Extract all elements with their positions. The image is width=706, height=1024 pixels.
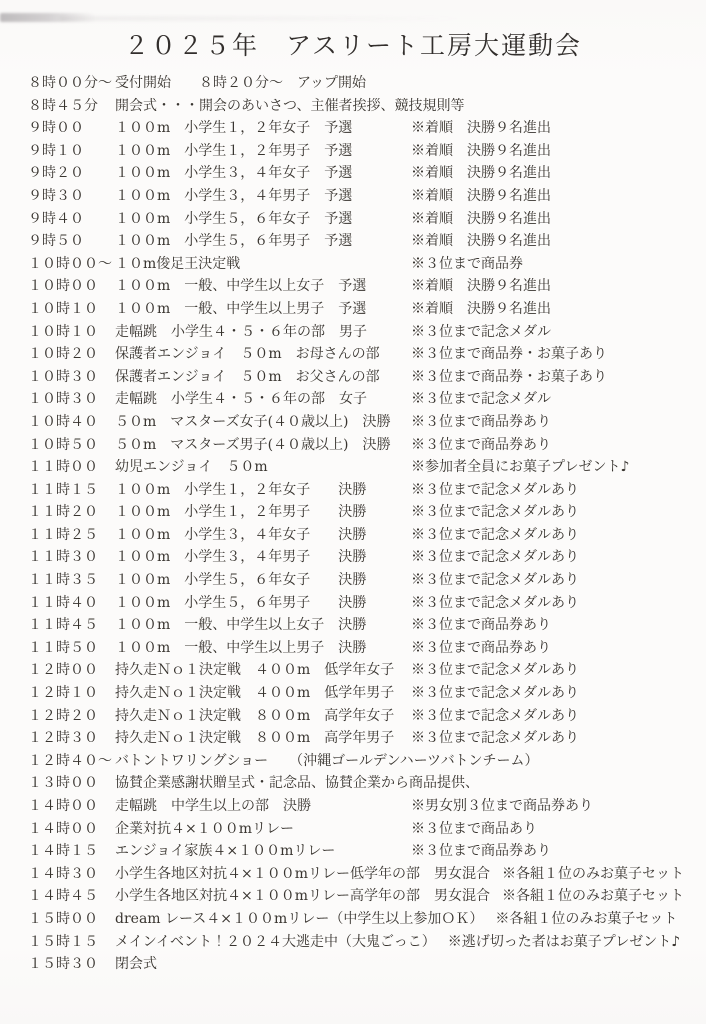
schedule-row-time: １１時３５: [28, 569, 115, 592]
schedule-row-event: 受付開始 ８時２０分～ アップ開始: [115, 72, 411, 95]
schedule-row-time: １２時１０: [28, 682, 115, 705]
schedule-row-note: ※３位まで記念メダルあり: [411, 592, 579, 615]
schedule-row-event: ５０m マスターズ男子(４０歳以上) 決勝: [115, 434, 411, 457]
schedule-row: １１時００ 幼児エンジョイ ５０m ※参加者全員にお菓子プレゼント♪: [28, 456, 700, 479]
schedule-row-time: １３時００: [28, 772, 115, 795]
schedule-row-note: ※３位まで商品あり: [411, 818, 537, 841]
schedule-row: １５時００ dream レース４×１００mリレー（中学生以上参加ＯＫ） ※各組１…: [28, 908, 700, 931]
schedule-row-event: １００m 小学生３，４年男子 予選: [115, 185, 411, 208]
schedule-row: １１時２０ １００m 小学生１，２年男子 決勝 ※３位まで記念メダルあり: [28, 501, 700, 524]
schedule-row-time: ９時１０: [28, 140, 115, 163]
schedule-row-event: 持久走Ｎｏ１決定戦 ４００m 低学年男子: [115, 682, 411, 705]
schedule-row-note: ※３位まで商品券あり: [411, 411, 551, 434]
schedule-row-note: ※３位まで記念メダルあり: [411, 569, 579, 592]
schedule-row-note: ※３位まで商品券あり: [411, 637, 551, 660]
schedule-row: ８時００分～ 受付開始 ８時２０分～ アップ開始: [28, 72, 700, 95]
schedule-row-note: ※各組１位のみお菓子セット: [495, 908, 677, 931]
schedule-row-time: １１時４５: [28, 614, 115, 637]
schedule-row-event: 開会式・・・開会のあいさつ、主催者挨拶、競技規則等: [115, 95, 476, 118]
schedule-row-event: １００m 一般、中学生以上男子 決勝: [115, 637, 411, 660]
schedule-row-time: １５時３０: [28, 953, 115, 976]
schedule-row: １４時３０ 小学生各地区対抗４×１００mリレー低学年の部 男女混合 ※各組１位の…: [28, 863, 700, 886]
photo-edge-artifact-faint: [60, 16, 490, 21]
schedule-row-time: １４時３０: [28, 863, 115, 886]
schedule-row: １５時１５ メインイベント！２０２４大逃走中（大鬼ごっこ） ※逃げ切った者はお菓…: [28, 931, 700, 954]
schedule-row-note: ※着順 決勝９名進出: [411, 298, 551, 321]
schedule-row-note: ※３位まで記念メダルあり: [411, 682, 579, 705]
schedule-row-note: ※３位まで記念メダルあり: [411, 479, 579, 502]
schedule-row-event: 持久走Ｎｏ１決定戦 ８００m 高学年女子: [115, 705, 411, 728]
schedule-row-note: ※３位まで記念メダルあり: [411, 524, 579, 547]
schedule-row: １１時４０ １００m 小学生５，６年男子 決勝 ※３位まで記念メダルあり: [28, 592, 700, 615]
schedule-row-time: １０時１０: [28, 298, 115, 321]
schedule-row: １０時１０ １００m 一般、中学生以上男子 予選 ※着順 決勝９名進出: [28, 298, 700, 321]
schedule-row: １４時４５ 小学生各地区対抗４×１００mリレー高学年の部 男女混合 ※各組１位の…: [28, 885, 700, 908]
schedule-row-time: １１時２５: [28, 524, 115, 547]
schedule-row: １０時３０ 保護者エンジョイ ５０m お父さんの部 ※３位まで商品券・お菓子あり: [28, 366, 700, 389]
schedule-row: １１時５０ １００m 一般、中学生以上男子 決勝 ※３位まで商品券あり: [28, 637, 700, 660]
schedule-row-note: ※各組１位のみお菓子セット: [502, 863, 684, 886]
schedule-row-event: メインイベント！２０２４大逃走中（大鬼ごっこ）: [115, 931, 448, 954]
schedule-row-event: １００m 小学生１，２年男子 予選: [115, 140, 411, 163]
schedule-row: ９時１０ １００m 小学生１，２年男子 予選 ※着順 決勝９名進出: [28, 140, 700, 163]
schedule-row-note: ※３位まで記念メダルあり: [411, 501, 579, 524]
schedule-row-time: １１時４０: [28, 592, 115, 615]
schedule-row-note: ※３位まで商品券・お菓子あり: [411, 343, 607, 366]
schedule-row-note: ※３位まで記念メダルあり: [411, 705, 579, 728]
schedule-list: ８時００分～ 受付開始 ８時２０分～ アップ開始 ８時４５分 開会式・・・開会の…: [28, 72, 700, 976]
event-schedule-page: ２０２５年 アスリート工房大運動会 ８時００分～ 受付開始 ８時２０分～ アップ…: [0, 0, 706, 1024]
photo-edge-artifact: [0, 13, 96, 22]
schedule-row-note: ※着順 決勝９名進出: [411, 117, 551, 140]
schedule-row-time: １１時２０: [28, 501, 115, 524]
schedule-row-time: ９時３０: [28, 185, 115, 208]
schedule-row-event: １００m 小学生１，２年女子 決勝: [115, 479, 411, 502]
schedule-row-event: １０m俊足王決定戦: [115, 253, 411, 276]
schedule-row-event: １００m 小学生５，６年女子 決勝: [115, 569, 411, 592]
schedule-row-event: 持久走Ｎｏ１決定戦 ８００m 高学年男子: [115, 727, 411, 750]
schedule-row-note: ※参加者全員にお菓子プレゼント♪: [411, 456, 629, 479]
schedule-row: １０時２０ 保護者エンジョイ ５０m お母さんの部 ※３位まで商品券・お菓子あり: [28, 343, 700, 366]
schedule-row: １０時００～ １０m俊足王決定戦 ※３位まで商品券: [28, 253, 700, 276]
schedule-row: ９時００ １００m 小学生１，２年女子 予選 ※着順 決勝９名進出: [28, 117, 700, 140]
schedule-row-time: １４時００: [28, 818, 115, 841]
schedule-row-note: ※３位まで記念メダルあり: [411, 659, 579, 682]
schedule-row: ８時４５分 開会式・・・開会のあいさつ、主催者挨拶、競技規則等: [28, 95, 700, 118]
schedule-row-time: １４時１５: [28, 840, 115, 863]
schedule-row-note: ※３位まで商品券あり: [411, 840, 551, 863]
schedule-row-time: ９時４０: [28, 208, 115, 231]
schedule-row-event: 保護者エンジョイ ５０m お父さんの部: [115, 366, 411, 389]
schedule-row-time: １５時１５: [28, 931, 115, 954]
schedule-row-event: １００m 一般、中学生以上女子 予選: [115, 275, 411, 298]
schedule-row-note: ※着順 決勝９名進出: [411, 208, 551, 231]
schedule-row-time: １５時００: [28, 908, 115, 931]
schedule-row-event: 閉会式: [115, 953, 411, 976]
schedule-row-event: １００m 小学生５，６年女子 予選: [115, 208, 411, 231]
schedule-row-note: ※３位まで記念メダル: [411, 321, 551, 344]
schedule-row-time: １４時００: [28, 795, 115, 818]
schedule-row-time: １０時２０: [28, 343, 115, 366]
schedule-row-note: ※３位まで商品券: [411, 253, 523, 276]
schedule-row-event: バトントワリングショー （沖縄ゴールデンハーツバトンチーム）: [115, 750, 551, 773]
schedule-row-time: １０時４０: [28, 411, 115, 434]
schedule-row-note: ※３位まで記念メダルあり: [411, 727, 579, 750]
schedule-row-event: エンジョイ家族４×１００mリレー: [115, 840, 411, 863]
schedule-row-note: ※３位まで商品券・お菓子あり: [411, 366, 607, 389]
schedule-row-event: １００m 小学生１，２年男子 決勝: [115, 501, 411, 524]
schedule-row-note: ※着順 決勝９名進出: [411, 162, 551, 185]
schedule-row-time: ９時５０: [28, 230, 115, 253]
schedule-row: １２時３０ 持久走Ｎｏ１決定戦 ８００m 高学年男子 ※３位まで記念メダルあり: [28, 727, 700, 750]
schedule-row-event: １００m 小学生３，４年女子 決勝: [115, 524, 411, 547]
schedule-row: １２時２０ 持久走Ｎｏ１決定戦 ８００m 高学年女子 ※３位まで記念メダルあり: [28, 705, 700, 728]
schedule-row-event: 小学生各地区対抗４×１００mリレー低学年の部 男女混合: [115, 863, 502, 886]
schedule-row-event: dream レース４×１００mリレー（中学生以上参加ＯＫ）: [115, 908, 495, 931]
schedule-row: １０時５０ ５０m マスターズ男子(４０歳以上) 決勝 ※３位まで商品券あり: [28, 434, 700, 457]
schedule-row: １１時４５ １００m 一般、中学生以上女子 決勝 ※３位まで商品券あり: [28, 614, 700, 637]
schedule-row-event: １００m 小学生３，４年女子 予選: [115, 162, 411, 185]
schedule-row-event: １００m 小学生１，２年女子 予選: [115, 117, 411, 140]
schedule-row-event: 走幅跳 小学生４・５・６年の部 男子: [115, 321, 411, 344]
schedule-row-event: 小学生各地区対抗４×１００mリレー高学年の部 男女混合: [115, 885, 502, 908]
schedule-row: １４時００ 企業対抗４×１００mリレー ※３位まで商品あり: [28, 818, 700, 841]
schedule-row-time: １４時４５: [28, 885, 115, 908]
schedule-row-note: ※３位まで商品券あり: [411, 434, 551, 457]
schedule-row-event: 持久走Ｎｏ１決定戦 ４００m 低学年女子: [115, 659, 411, 682]
schedule-row-event: １００m 小学生５，６年男子 決勝: [115, 592, 411, 615]
schedule-row-event: 走幅跳 中学生以上の部 決勝: [115, 795, 411, 818]
page-title: ２０２５年 アスリート工房大運動会: [28, 26, 678, 62]
schedule-row-note: ※３位まで商品券あり: [411, 614, 551, 637]
schedule-row-time: １０時００～: [28, 253, 115, 276]
schedule-row: １２時００ 持久走Ｎｏ１決定戦 ４００m 低学年女子 ※３位まで記念メダルあり: [28, 659, 700, 682]
schedule-row: １０時４０ ５０m マスターズ女子(４０歳以上) 決勝 ※３位まで商品券あり: [28, 411, 700, 434]
schedule-row-note: ※逃げ切った者はお菓子プレゼント♪: [448, 931, 680, 954]
schedule-row-time: １２時００: [28, 659, 115, 682]
schedule-row: １１時３５ １００m 小学生５，６年女子 決勝 ※３位まで記念メダルあり: [28, 569, 700, 592]
schedule-row-time: １１時００: [28, 456, 115, 479]
schedule-row-event: ５０m マスターズ女子(４０歳以上) 決勝: [115, 411, 411, 434]
schedule-row: １４時００ 走幅跳 中学生以上の部 決勝 ※男女別３位まで商品券あり: [28, 795, 700, 818]
schedule-row-note: ※３位まで記念メダルあり: [411, 546, 579, 569]
schedule-row-time: １１時１５: [28, 479, 115, 502]
schedule-row-event: １００m 一般、中学生以上女子 決勝: [115, 614, 411, 637]
schedule-row-note: ※着順 決勝９名進出: [411, 275, 551, 298]
schedule-row-time: １０時００: [28, 275, 115, 298]
schedule-row: １１時２５ １００m 小学生３，４年女子 決勝 ※３位まで記念メダルあり: [28, 524, 700, 547]
schedule-row-event: １００m 一般、中学生以上男子 予選: [115, 298, 411, 321]
schedule-row-event: 企業対抗４×１００mリレー: [115, 818, 411, 841]
schedule-row-event: 幼児エンジョイ ５０m: [115, 456, 411, 479]
schedule-row-time: １１時５０: [28, 637, 115, 660]
schedule-row: １２時４０～ バトントワリングショー （沖縄ゴールデンハーツバトンチーム）: [28, 750, 700, 773]
schedule-row-event: １００m 小学生５，６年男子 予選: [115, 230, 411, 253]
schedule-row-time: １０時５０: [28, 434, 115, 457]
schedule-row: １０時３０ 走幅跳 小学生４・５・６年の部 女子 ※３位まで記念メダル: [28, 388, 700, 411]
schedule-row: １５時３０ 閉会式: [28, 953, 700, 976]
schedule-row: １０時００ １００m 一般、中学生以上女子 予選 ※着順 決勝９名進出: [28, 275, 700, 298]
schedule-row-note: ※３位まで記念メダル: [411, 388, 551, 411]
schedule-row-time: ８時００分～: [28, 72, 115, 95]
schedule-row-time: ８時４５分: [28, 95, 115, 118]
schedule-row-time: １２時４０～: [28, 750, 115, 773]
schedule-row: ９時３０ １００m 小学生３，４年男子 予選 ※着順 決勝９名進出: [28, 185, 700, 208]
schedule-row-time: ９時２０: [28, 162, 115, 185]
schedule-row: ９時２０ １００m 小学生３，４年女子 予選 ※着順 決勝９名進出: [28, 162, 700, 185]
schedule-row-time: １０時３０: [28, 388, 115, 411]
schedule-row-time: １２時３０: [28, 727, 115, 750]
schedule-row-time: １１時３０: [28, 546, 115, 569]
schedule-row-event: １００m 小学生３，４年男子 決勝: [115, 546, 411, 569]
schedule-row-time: １０時１０: [28, 321, 115, 344]
schedule-row: １２時１０ 持久走Ｎｏ１決定戦 ４００m 低学年男子 ※３位まで記念メダルあり: [28, 682, 700, 705]
schedule-row-note: ※着順 決勝９名進出: [411, 185, 551, 208]
schedule-row-note: ※各組１位のみお菓子セット: [502, 885, 684, 908]
schedule-row: １４時１５ エンジョイ家族４×１００mリレー ※３位まで商品券あり: [28, 840, 700, 863]
schedule-row-event: 走幅跳 小学生４・５・６年の部 女子: [115, 388, 411, 411]
schedule-row: １０時１０ 走幅跳 小学生４・５・６年の部 男子 ※３位まで記念メダル: [28, 321, 700, 344]
schedule-row: ９時４０ １００m 小学生５，６年女子 予選 ※着順 決勝９名進出: [28, 208, 700, 231]
schedule-row: ９時５０ １００m 小学生５，６年男子 予選 ※着順 決勝９名進出: [28, 230, 700, 253]
schedule-row-note: ※男女別３位まで商品券あり: [411, 795, 593, 818]
schedule-row: １１時１５ １００m 小学生１，２年女子 決勝 ※３位まで記念メダルあり: [28, 479, 700, 502]
schedule-row-event: 保護者エンジョイ ５０m お母さんの部: [115, 343, 411, 366]
schedule-row-time: ９時００: [28, 117, 115, 140]
schedule-row: １１時３０ １００m 小学生３，４年男子 決勝 ※３位まで記念メダルあり: [28, 546, 700, 569]
schedule-row-event: 協賛企業感謝状贈呈式・記念品、協賛企業から商品提供、: [115, 772, 491, 795]
schedule-row-note: ※着順 決勝９名進出: [411, 140, 551, 163]
schedule-row-time: １０時３０: [28, 366, 115, 389]
schedule-row-time: １２時２０: [28, 705, 115, 728]
schedule-row: １３時００ 協賛企業感謝状贈呈式・記念品、協賛企業から商品提供、: [28, 772, 700, 795]
schedule-row-note: ※着順 決勝９名進出: [411, 230, 551, 253]
